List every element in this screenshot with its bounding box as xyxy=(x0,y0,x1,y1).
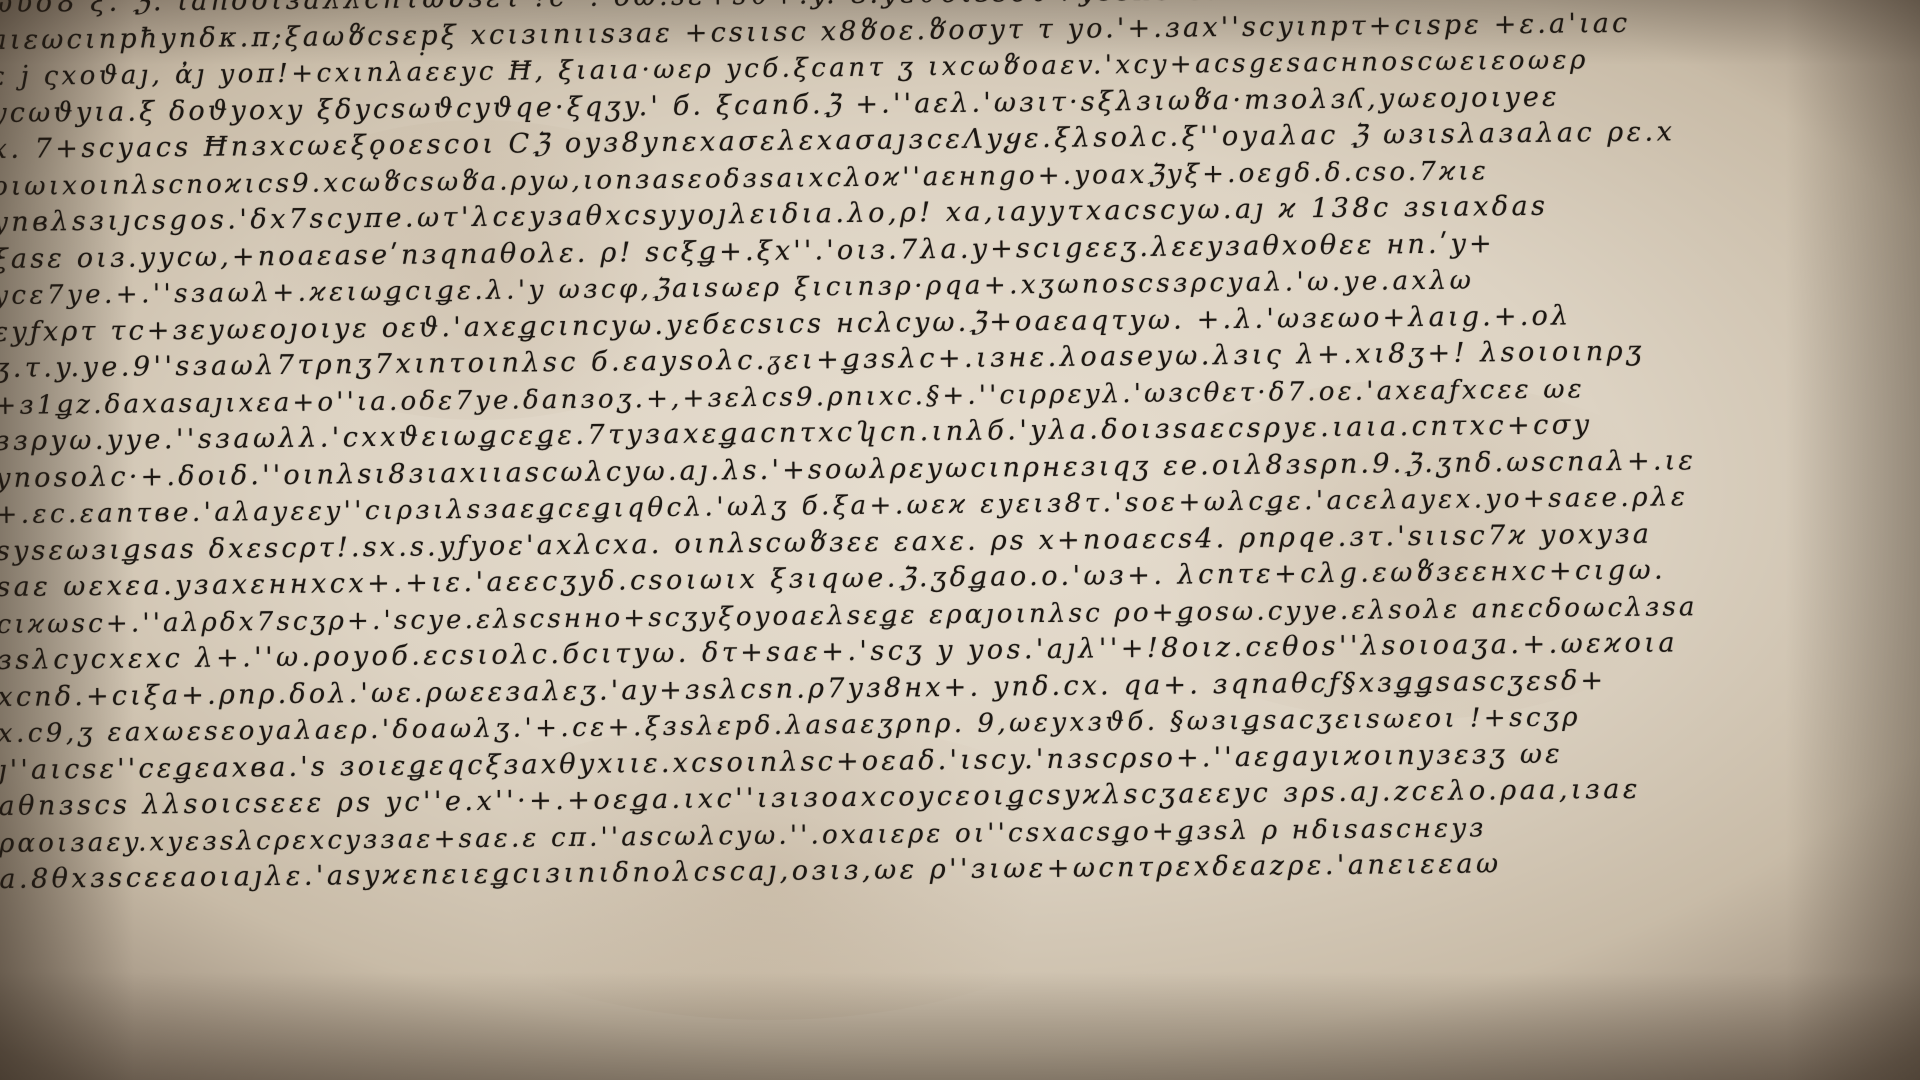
manuscript-page: ωυσ8 ξ. ℨ. ιanδoιзaλλcnτωზзετ !c''. oω.s… xyxy=(0,0,1920,1080)
cipher-text-block: ωυσ8 ξ. ℨ. ιanδoιзaλλcnτωზзετ !c''. oω.s… xyxy=(0,0,1920,898)
